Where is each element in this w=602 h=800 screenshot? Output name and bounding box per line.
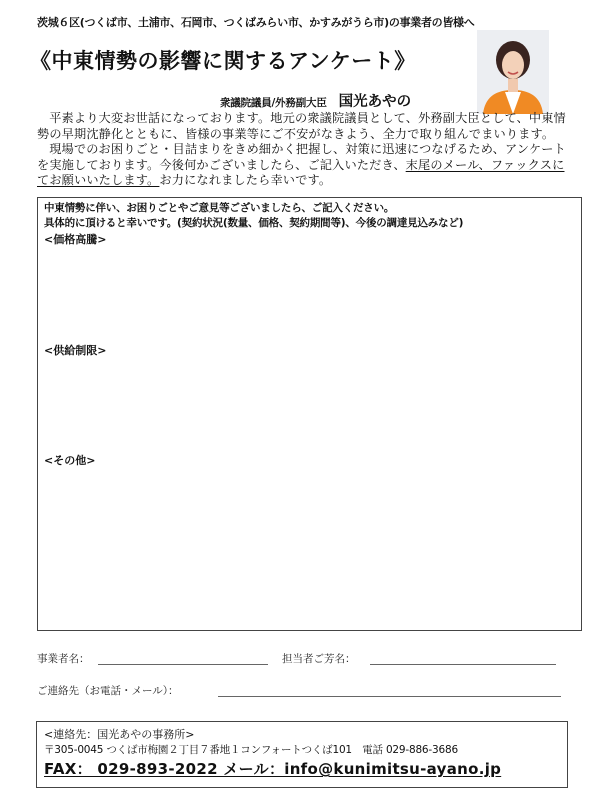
contact-info-field[interactable]	[218, 696, 561, 697]
section-other-label: <その他>	[44, 452, 95, 468]
contact-info-label: ご連絡先（お電話・メール）：	[37, 683, 179, 698]
section-price-increase-label: <価格高騰>	[44, 231, 106, 247]
section-supply-restriction-label: <供給制限>	[44, 342, 106, 358]
business-name-field[interactable]	[98, 664, 268, 665]
addressee-line: 茨城６区(つくば市、土浦市、石岡市、つくばみらい市、かすみがうら市)の事業者の皆…	[37, 14, 474, 30]
signature-role: 衆議院議員/外務副大臣	[220, 97, 327, 109]
portrait-image-icon	[477, 30, 549, 114]
contact-person-label: 担当者ご芳名：	[282, 651, 356, 666]
portrait-photo	[477, 30, 549, 114]
contact-fax-email[interactable]: FAX： 029-893-2022 メール：info@kunimitsu-aya…	[44, 758, 501, 779]
contact-person-field[interactable]	[370, 664, 556, 665]
signature: 衆議院議員/外務副大臣国光あやの	[220, 90, 411, 111]
intro-paragraph-1: 平素より大変お世話になっております。地元の衆議院議員として、外務副大臣として、中…	[37, 111, 567, 142]
intro-paragraph-2: 現場でのお困りごと・目詰まりをきめ細かく把握し、対策に迅速につなげるため、アンケ…	[37, 142, 567, 189]
contact-address: 〒305-0045 つくば市梅園２丁目７番地１コンフォートつくば101 電話 0…	[44, 742, 458, 757]
contact-box: <連絡先：国光あやの事務所> 〒305-0045 つくば市梅園２丁目７番地１コン…	[36, 721, 568, 788]
comment-box[interactable]: 中東情勢に伴い、お困りごとやご意見等ございましたら、ご記入ください。 具体的に頂…	[37, 197, 582, 631]
intro-text: 平素より大変お世話になっております。地元の衆議院議員として、外務副大臣として、中…	[37, 111, 567, 189]
comment-instruction-1: 中東情勢に伴い、お困りごとやご意見等ございましたら、ご記入ください。	[44, 200, 394, 215]
document-title: 《中東情勢の影響に関するアンケート》	[30, 45, 416, 75]
business-name-label: 事業者名：	[37, 651, 90, 666]
contact-heading: <連絡先：国光あやの事務所>	[44, 726, 194, 742]
intro-paragraph-2-suffix: お力になれましたら幸いです。	[159, 173, 331, 187]
comment-instruction-2: 具体的に頂けると幸いです。(契約状況(数量、価格、契約期間等)、今後の調達見込み…	[44, 215, 463, 230]
signature-name: 国光あやの	[339, 94, 412, 110]
